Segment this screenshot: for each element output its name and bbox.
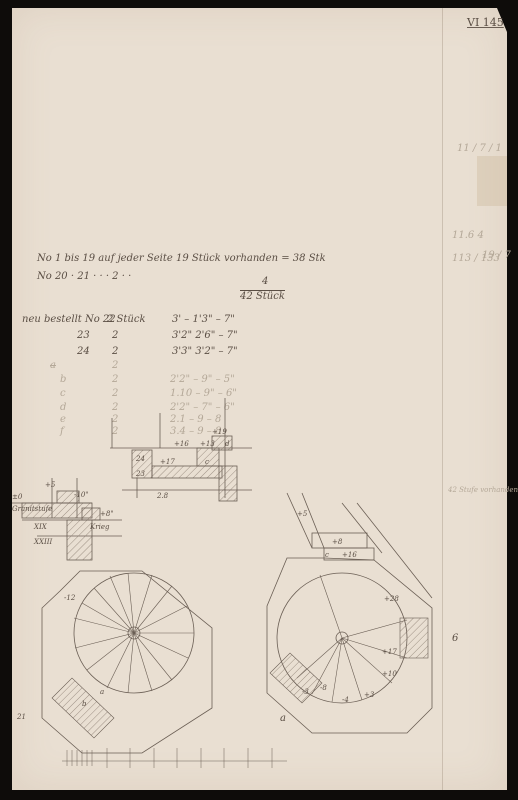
section-label: d xyxy=(225,440,229,448)
paper-sheet: VI 145 No 1 bis 19 auf jeder Seite 19 St… xyxy=(12,8,507,790)
right-plan-label: c xyxy=(325,551,329,559)
right-plan-label: +10 xyxy=(382,670,397,678)
section-label: 24 xyxy=(136,455,145,463)
left-plan-label: -12 xyxy=(64,594,75,602)
right-plan-label: +28 xyxy=(384,595,399,603)
section-label: +17 xyxy=(160,458,175,466)
right-plan-label: +5 xyxy=(297,510,307,518)
left-plan-label: b xyxy=(82,700,86,708)
right-plan-label: -8 xyxy=(320,684,327,692)
architectural-drawings xyxy=(12,8,507,790)
detail-label: Granitstufe xyxy=(12,505,52,513)
section-label: 2.8 xyxy=(157,492,168,500)
right-plan-label: +3 xyxy=(364,691,374,699)
detail-label: Krieg xyxy=(90,523,109,531)
detail-label: +8" xyxy=(100,510,114,518)
section-label: 23 xyxy=(136,470,145,478)
left-plan-label: a xyxy=(100,688,104,696)
detail-label: XXIII xyxy=(34,538,52,546)
right-plan-label: +17 xyxy=(382,648,397,656)
left-plan-label: 21 xyxy=(17,713,26,721)
section-label: c xyxy=(205,458,209,466)
section-label: +13 xyxy=(200,440,215,448)
right-plan-label: -4 xyxy=(342,696,349,704)
detail-label: ±0 xyxy=(12,493,22,501)
section-label: +19 xyxy=(212,428,227,436)
section-label: +16 xyxy=(174,440,189,448)
right-plan-corner-label: a xyxy=(280,713,286,724)
detail-label: +5 xyxy=(45,481,55,489)
right-plan-label: +16 xyxy=(342,551,357,559)
right-plan-label: -3 xyxy=(302,688,309,696)
right-plan-label: +8 xyxy=(332,538,342,546)
detail-label: -10" xyxy=(74,491,89,499)
detail-label: XIX xyxy=(34,523,47,531)
